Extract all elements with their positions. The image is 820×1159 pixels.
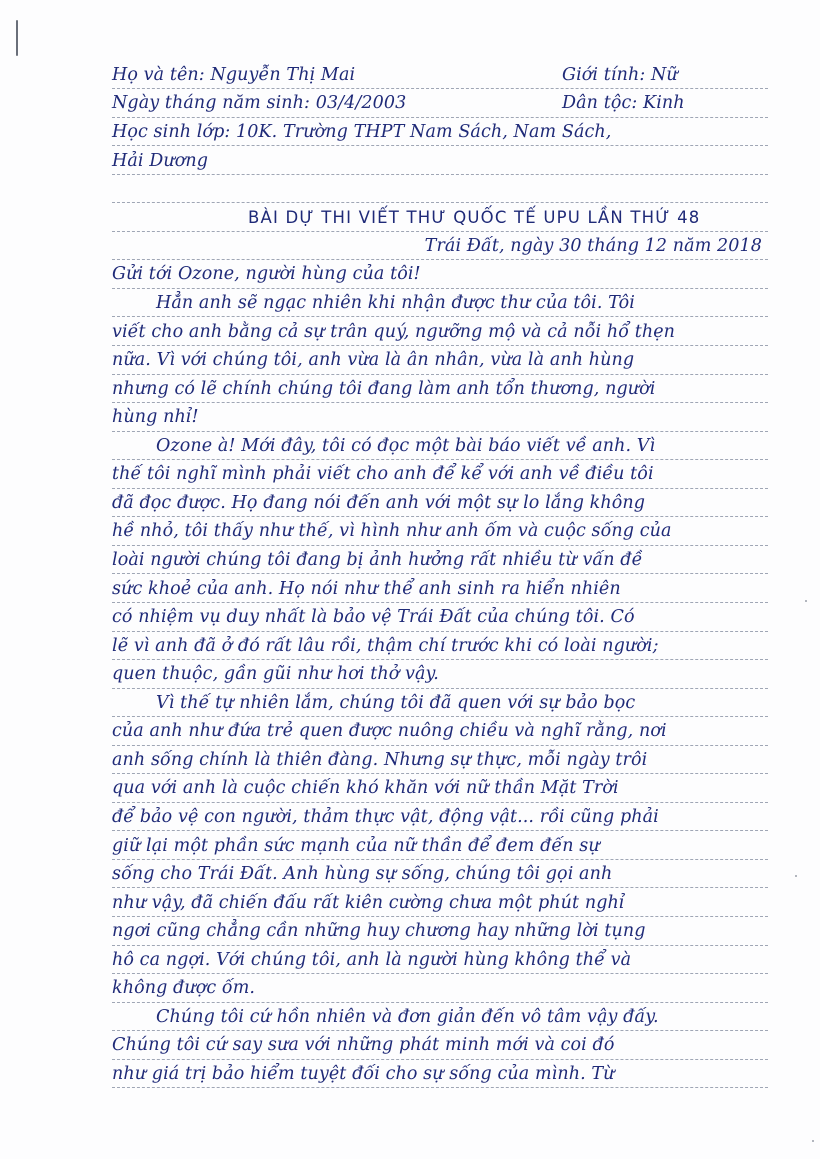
letter-line: loài người chúng tôi đang bị ảnh hưởng r… [112, 546, 772, 574]
letter-line: thế tôi nghĩ mình phải viết cho anh để k… [112, 460, 772, 488]
letter-line: như vậy, đã chiến đấu rất kiên cường chư… [112, 889, 772, 917]
letter-line: Hẳn anh sẽ ngạc nhiên khi nhận được thư … [112, 289, 772, 317]
letter-title: BÀI DỰ THI VIẾT THƯ QUỐC TẾ UPU LẦN THỨ … [112, 204, 772, 232]
paper-speck [795, 875, 797, 877]
letter-line: anh sống chính là thiên đàng. Nhưng sự t… [112, 746, 772, 774]
letter-line: Chúng tôi cứ say sưa với những phát minh… [112, 1031, 772, 1059]
letter-line: Vì thế tự nhiên lắm, chúng tôi đã quen v… [112, 689, 772, 717]
letter-line: có nhiệm vụ duy nhất là bảo vệ Trái Đất … [112, 603, 772, 631]
student-ethnicity: Dân tộc: Kinh [562, 89, 772, 117]
student-dob: Ngày tháng năm sinh: 03/4/2003 [112, 89, 406, 117]
letter-line: nữa. Vì với chúng tôi, anh vừa là ân nhâ… [112, 346, 772, 374]
letter-line: quen thuộc, gần gũi như hơi thở vậy. [112, 660, 772, 688]
header-row-name: Họ và tên: Nguyễn Thị Mai Giới tính: Nữ [112, 61, 772, 89]
letter-line: viết cho anh bằng cả sự trân quý, ngưỡng… [112, 318, 772, 346]
letter-line: Chúng tôi cứ hồn nhiên và đơn giản đến v… [112, 1003, 772, 1031]
letter-line: nhưng có lẽ chính chúng tôi đang làm anh… [112, 375, 772, 403]
paper-speck [805, 600, 807, 602]
student-province: Hải Dương [112, 147, 772, 175]
letter-line: sống cho Trái Đất. Anh hùng sự sống, chú… [112, 860, 772, 888]
letter-line: không được ốm. [112, 974, 772, 1002]
letter-line: qua với anh là cuộc chiến khó khăn với n… [112, 774, 772, 802]
letter-line: hô ca ngợi. Với chúng tôi, anh là người … [112, 946, 772, 974]
student-class-school: Học sinh lớp: 10K. Trường THPT Nam Sách,… [112, 118, 772, 146]
letter-line: hề nhỏ, tôi thấy như thế, vì hình như an… [112, 517, 772, 545]
letter-line: sức khoẻ của anh. Họ nói như thể anh sin… [112, 575, 772, 603]
student-gender: Giới tính: Nữ [562, 61, 772, 89]
letter-line: của anh như đứa trẻ quen được nuông chiề… [112, 717, 772, 745]
letter-line: Ozone à! Mới đây, tôi có đọc một bài báo… [112, 432, 772, 460]
header-row-dob: Ngày tháng năm sinh: 03/4/2003 Dân tộc: … [112, 89, 772, 117]
letter-line: như giá trị bảo hiểm tuyệt đối cho sự số… [112, 1060, 772, 1088]
letter-line: hùng nhỉ! [112, 403, 772, 431]
letter-line: giữ lại một phần sức mạnh của nữ thần để… [112, 832, 772, 860]
pen-mark [16, 20, 18, 56]
letter-line: để bảo vệ con người, thảm thực vật, động… [112, 803, 772, 831]
letter-place-date: Trái Đất, ngày 30 tháng 12 năm 2018 [112, 232, 772, 260]
letter-line: lẽ vì anh đã ở đó rất lâu rồi, thậm chí … [112, 632, 772, 660]
letter-line: đã đọc được. Họ đang nói đến anh với một… [112, 489, 772, 517]
paper-speck [812, 1140, 814, 1142]
handwritten-letter-page: Họ và tên: Nguyễn Thị Mai Giới tính: Nữ … [0, 0, 820, 1159]
student-name: Họ và tên: Nguyễn Thị Mai [112, 61, 355, 89]
letter-greeting: Gửi tới Ozone, người hùng của tôi! [112, 260, 772, 288]
letter-line: ngơi cũng chẳng cần những huy chương hay… [112, 917, 772, 945]
